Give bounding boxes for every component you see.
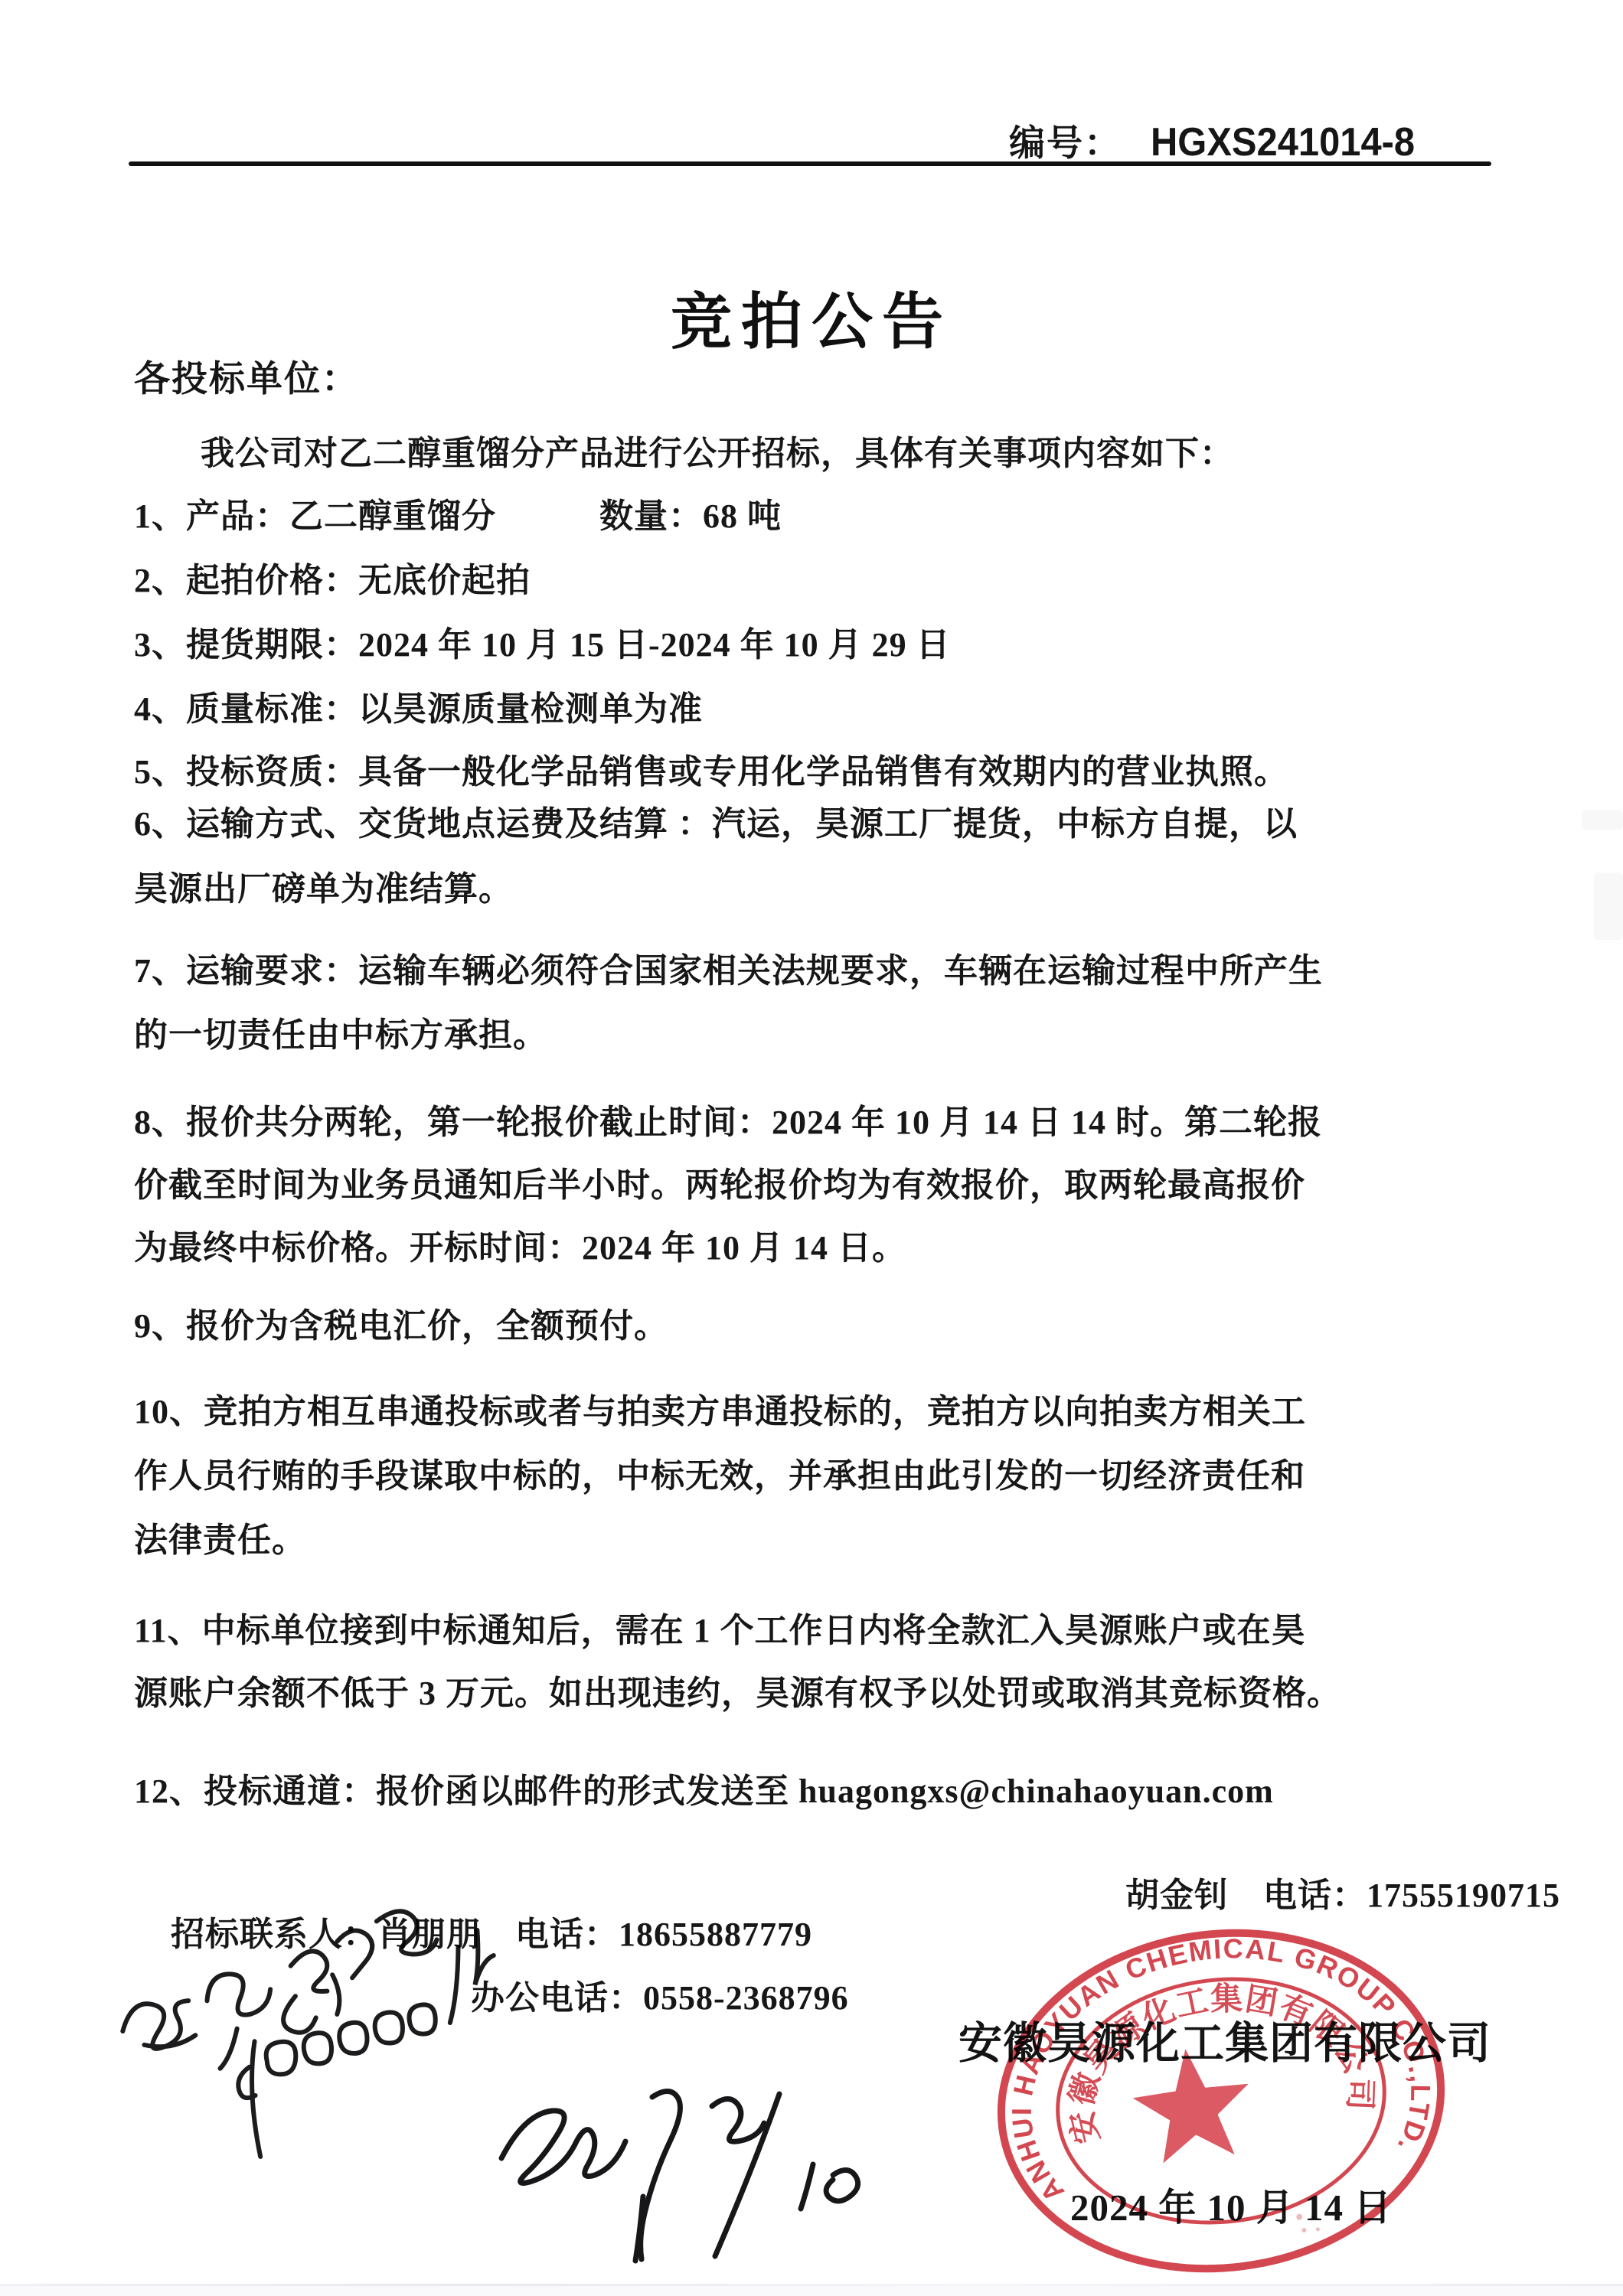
item-9-line: 9、报价为含税电汇价，全额预付。 <box>134 1298 668 1347</box>
scanned-document-page: 编号： HGXS241014-8 竞拍公告 各投标单位： 我公司对乙二醇重馏分产… <box>0 0 1623 2296</box>
doc-number-label: 编号： <box>1009 115 1122 166</box>
signature <box>459 2066 888 2296</box>
header-rule <box>129 161 1491 166</box>
doc-number-row: 编号： HGXS241014-8 <box>1009 115 1432 166</box>
item-6-line-2: 昊源出厂磅单为准结算。 <box>134 861 513 910</box>
item-10-line-1: 10、竞拍方相互串通投标或者与拍卖方串通投标的，竞拍方以向拍卖方相关工 <box>134 1384 1306 1433</box>
item-3-line: 3、提货期限：2024 年 10 月 15 日-2024 年 10 月 29 日 <box>134 617 951 666</box>
item-2-line: 2、起拍价格：无底价起拍 <box>134 553 531 602</box>
item-7-line-2: 的一切责任由中标方承担。 <box>134 1007 547 1056</box>
item-5-line: 5、投标资质：具备一般化学品销售或专用化学品销售有效期内的营业执照。 <box>134 744 1288 793</box>
signing-company-name: 安徽昊源化工集团有限公司 <box>958 2008 1491 2071</box>
scan-artifact <box>1582 810 1623 830</box>
item-1-line: 1、产品：乙二醇重馏分 数量：68 吨 <box>134 488 782 537</box>
item-12-line: 12、投标通道：报价函以邮件的形式发送至 huagongxs@chinahaoy… <box>134 1763 1274 1812</box>
item-10-line-2: 作人员行贿的手段谋取中标的，中标无效，并承担由此引发的一切经济责任和 <box>134 1448 1305 1497</box>
doc-number-value: HGXS241014-8 <box>1151 119 1415 165</box>
item-11-line-2: 源账户余额不低于 3 万元。如出现违约，昊源有权予以处罚或取消其竞标资格。 <box>134 1665 1341 1714</box>
signing-date: 2024 年 10 月 14 日 <box>1070 2178 1392 2232</box>
item-8-line-3: 为最终中标价格。开标时间：2024 年 10 月 14 日。 <box>134 1220 906 1269</box>
scan-artifact <box>1594 872 1623 940</box>
company-red-seal: ANHUI HAOYUAN CHEMICAL GROUP CO.,LTD. 安徽… <box>942 1867 1539 2296</box>
page-title: 竞拍公告 <box>0 272 1623 360</box>
item-8-line-1: 8、报价共分两轮，第一轮报价截止时间：2024 年 10 月 14 日 14 时… <box>134 1094 1322 1143</box>
item-4-line: 4、质量标准：以昊源质量检测单为准 <box>134 681 703 730</box>
item-11-line-1: 11、中标单位接到中标通知后，需在 1 个工作日内将全款汇入昊源账户或在昊 <box>134 1603 1306 1652</box>
item-10-line-3: 法律责任。 <box>134 1512 306 1561</box>
salutation: 各投标单位： <box>134 351 359 402</box>
intro-line: 我公司对乙二醇重馏分产品进行公开招标，具体有关事项内容如下： <box>201 426 1234 475</box>
item-6-line-1: 6、运输方式、交货地点运费及结算 ：汽运，昊源工厂提货，中标方自提，以 <box>134 796 1298 845</box>
item-8-line-2: 价截至时间为业务员通知后半小时。两轮报价均为有效报价，取两轮最高报价 <box>134 1157 1305 1206</box>
item-7-line-1: 7、运输要求：运输车辆必须符合国家相关法规要求，车辆在运输过程中所产生 <box>134 943 1323 992</box>
